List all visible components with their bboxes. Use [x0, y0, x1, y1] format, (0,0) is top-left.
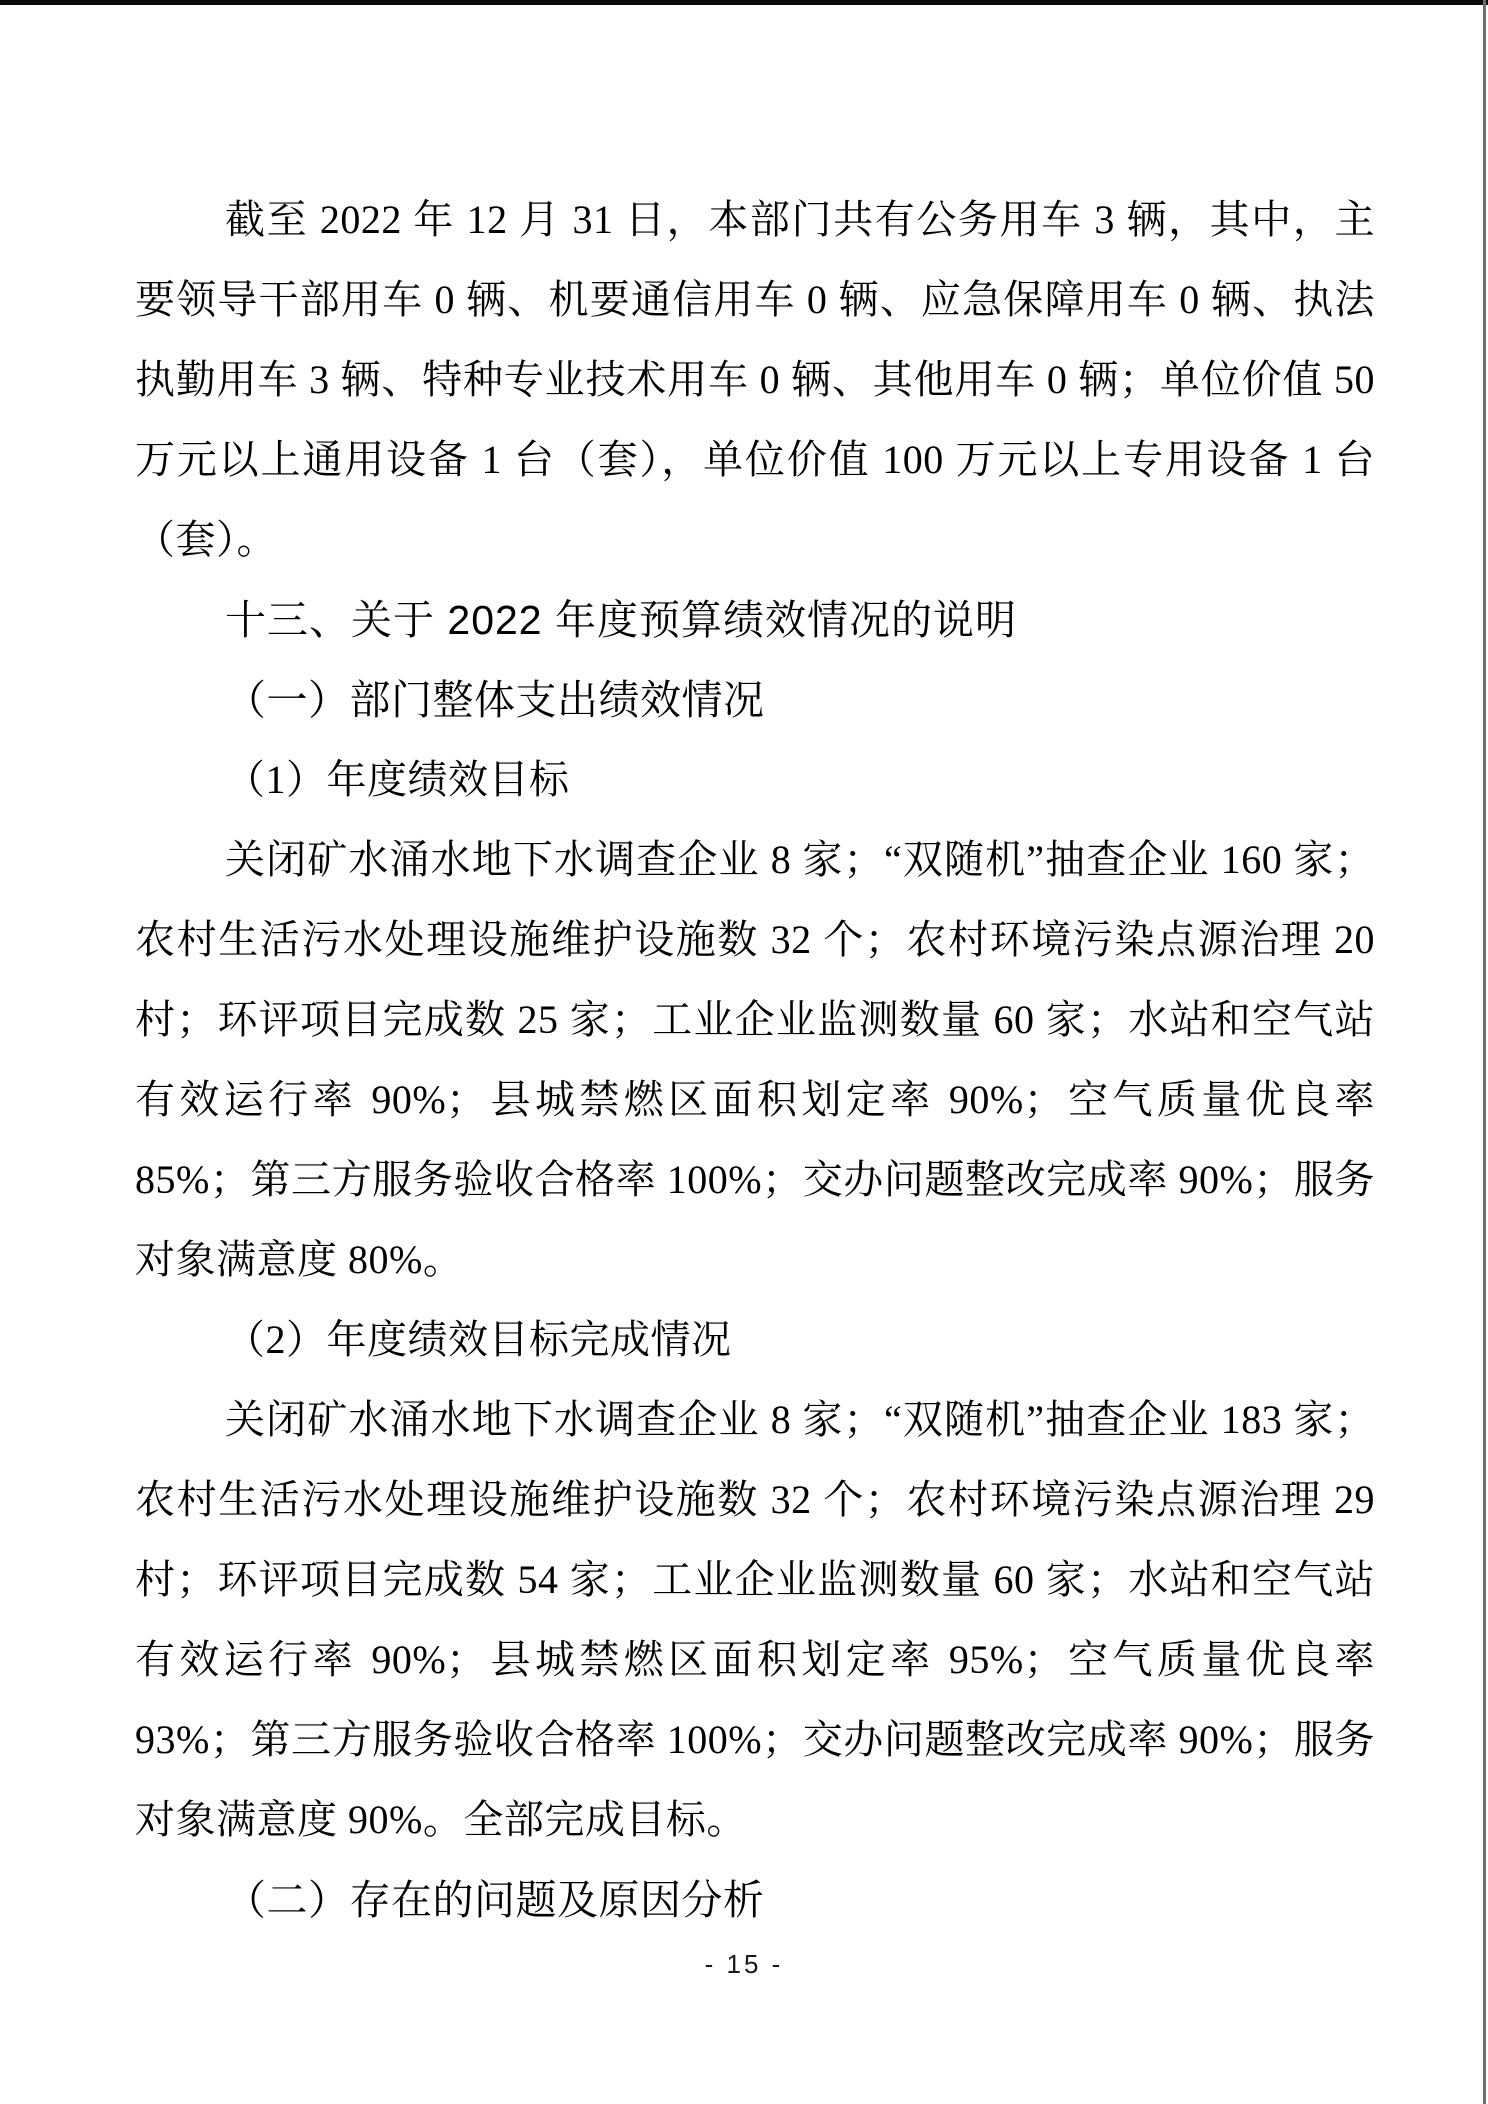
scan-artifact-right-line: [1483, 0, 1486, 2104]
page-footer: - 15 -: [0, 1944, 1488, 1984]
paragraph-vehicles-and-equipment: 截至 2022 年 12 月 31 日，本部门共有公务用车 3 辆，其中，主要领…: [135, 180, 1375, 580]
document-body: 截至 2022 年 12 月 31 日，本部门共有公务用车 3 辆，其中，主要领…: [135, 180, 1375, 1940]
section-heading-13-budget-performance: 十三、关于 2022 年度预算绩效情况的说明: [135, 580, 1375, 660]
document-page: 截至 2022 年 12 月 31 日，本部门共有公务用车 3 辆，其中，主要领…: [0, 0, 1488, 2104]
item-heading-2-target-completion: （2）年度绩效目标完成情况: [135, 1300, 1375, 1380]
paragraph-annual-performance-targets: 关闭矿水涌水地下水调查企业 8 家；“双随机”抽查企业 160 家；农村生活污水…: [135, 820, 1375, 1300]
item-heading-1-annual-performance-targets: （1）年度绩效目标: [135, 740, 1375, 820]
subsection-heading-2-problems-and-cause-analysis: （二）存在的问题及原因分析: [135, 1860, 1375, 1940]
page-number: - 15 -: [705, 1949, 784, 1979]
scan-artifact-top-bar: [0, 0, 1488, 5]
subsection-heading-1-overall-expenditure-performance: （一）部门整体支出绩效情况: [135, 660, 1375, 740]
paragraph-target-completion-results: 关闭矿水涌水地下水调查企业 8 家；“双随机”抽查企业 183 家；农村生活污水…: [135, 1380, 1375, 1860]
